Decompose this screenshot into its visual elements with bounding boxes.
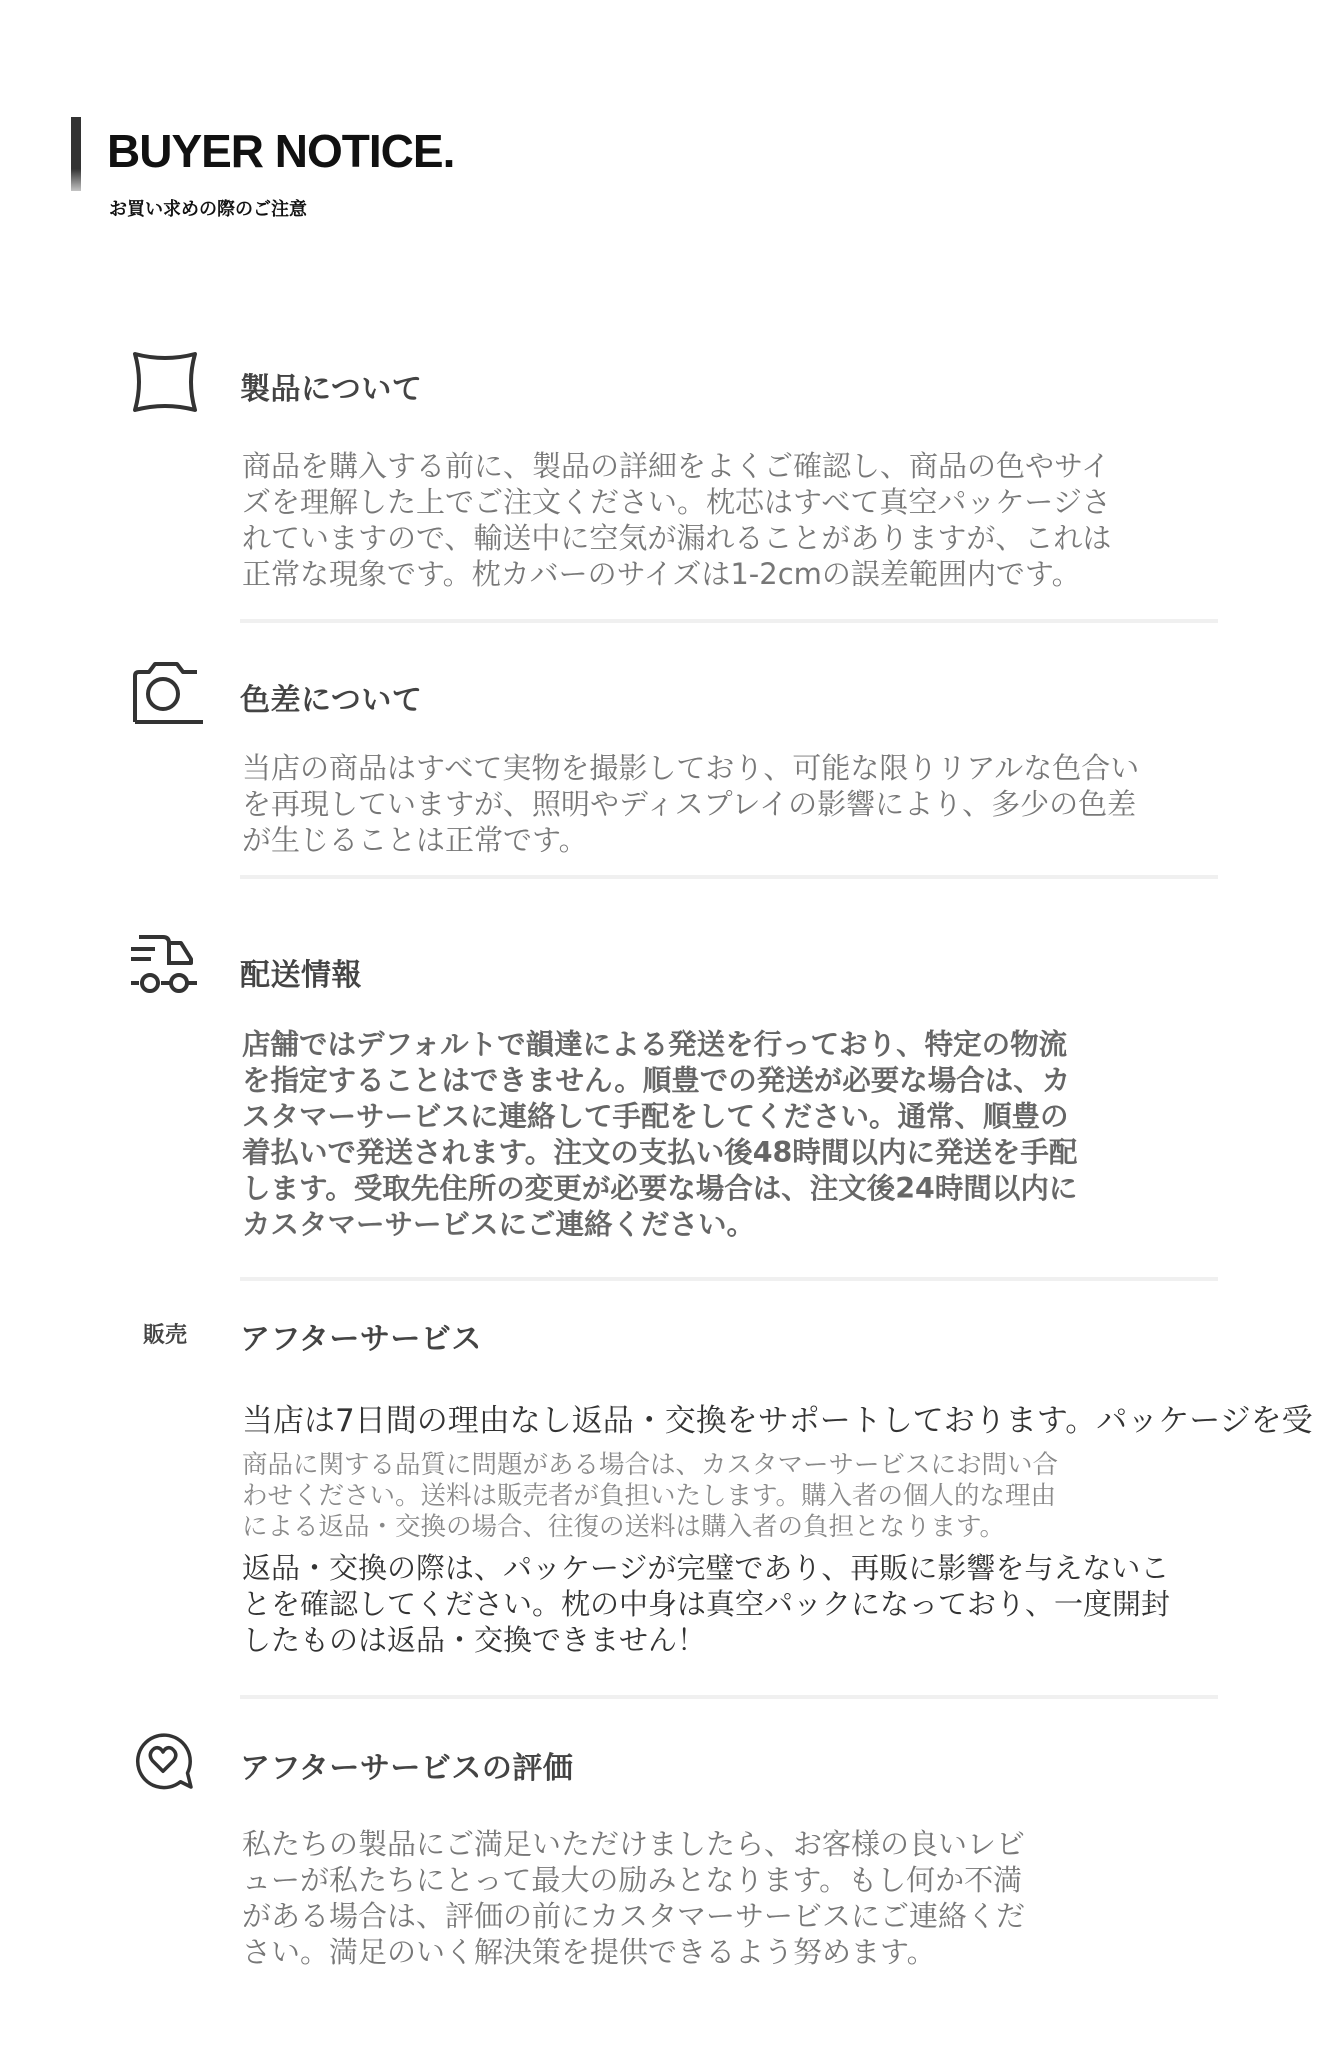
divider — [240, 619, 1218, 623]
divider — [240, 1277, 1218, 1281]
section-body-product: 商品を購入する前に、製品の詳細をよくご確認し、商品の色やサイ ズを理解した上でご… — [242, 448, 1111, 592]
page-title: BUYER NOTICE. — [107, 124, 454, 178]
heart-chat-icon — [128, 1724, 198, 1794]
section-heading-shipping: 配送情報 — [240, 950, 362, 994]
aftersales-return-policy-line: 当店は7日間の理由なし返品・交換をサポートしております。パッケージを受 — [242, 1395, 1313, 1440]
divider — [240, 1695, 1218, 1699]
section-heading-product: 製品について — [240, 364, 422, 408]
camera-icon — [125, 652, 205, 732]
delivery-truck-icon — [125, 925, 205, 1005]
sale-label: 販売 — [143, 1318, 187, 1349]
section-heading-aftersales: アフターサービス — [240, 1314, 482, 1358]
section-body-shipping: 店舗ではデフォルトで韻達による発送を行っており、特定の物流 を指定することはでき… — [242, 1027, 1077, 1243]
pillow-icon — [125, 342, 205, 422]
header-accent-bar — [71, 117, 81, 191]
page-subtitle: お買い求めの際のご注意 — [109, 195, 307, 221]
divider — [240, 875, 1218, 879]
aftersales-quality-note: 商品に関する品質に問題がある場合は、カスタマーサービスにお問い合 わせください。… — [242, 1450, 1058, 1543]
aftersales-package-note: 返品・交換の際は、パッケージが完璧であり、再販に影響を与えないこ とを確認してく… — [242, 1550, 1170, 1658]
section-body-color: 当店の商品はすべて実物を撮影しており、可能な限りリアルな色合い を再現しています… — [242, 750, 1139, 858]
section-heading-color: 色差について — [240, 675, 422, 719]
section-body-review: 私たちの製品にご満足いただけましたら、お客様の良いレビ ューが私たちにとって最大… — [242, 1826, 1025, 1970]
section-heading-review: アフターサービスの評価 — [240, 1743, 573, 1787]
